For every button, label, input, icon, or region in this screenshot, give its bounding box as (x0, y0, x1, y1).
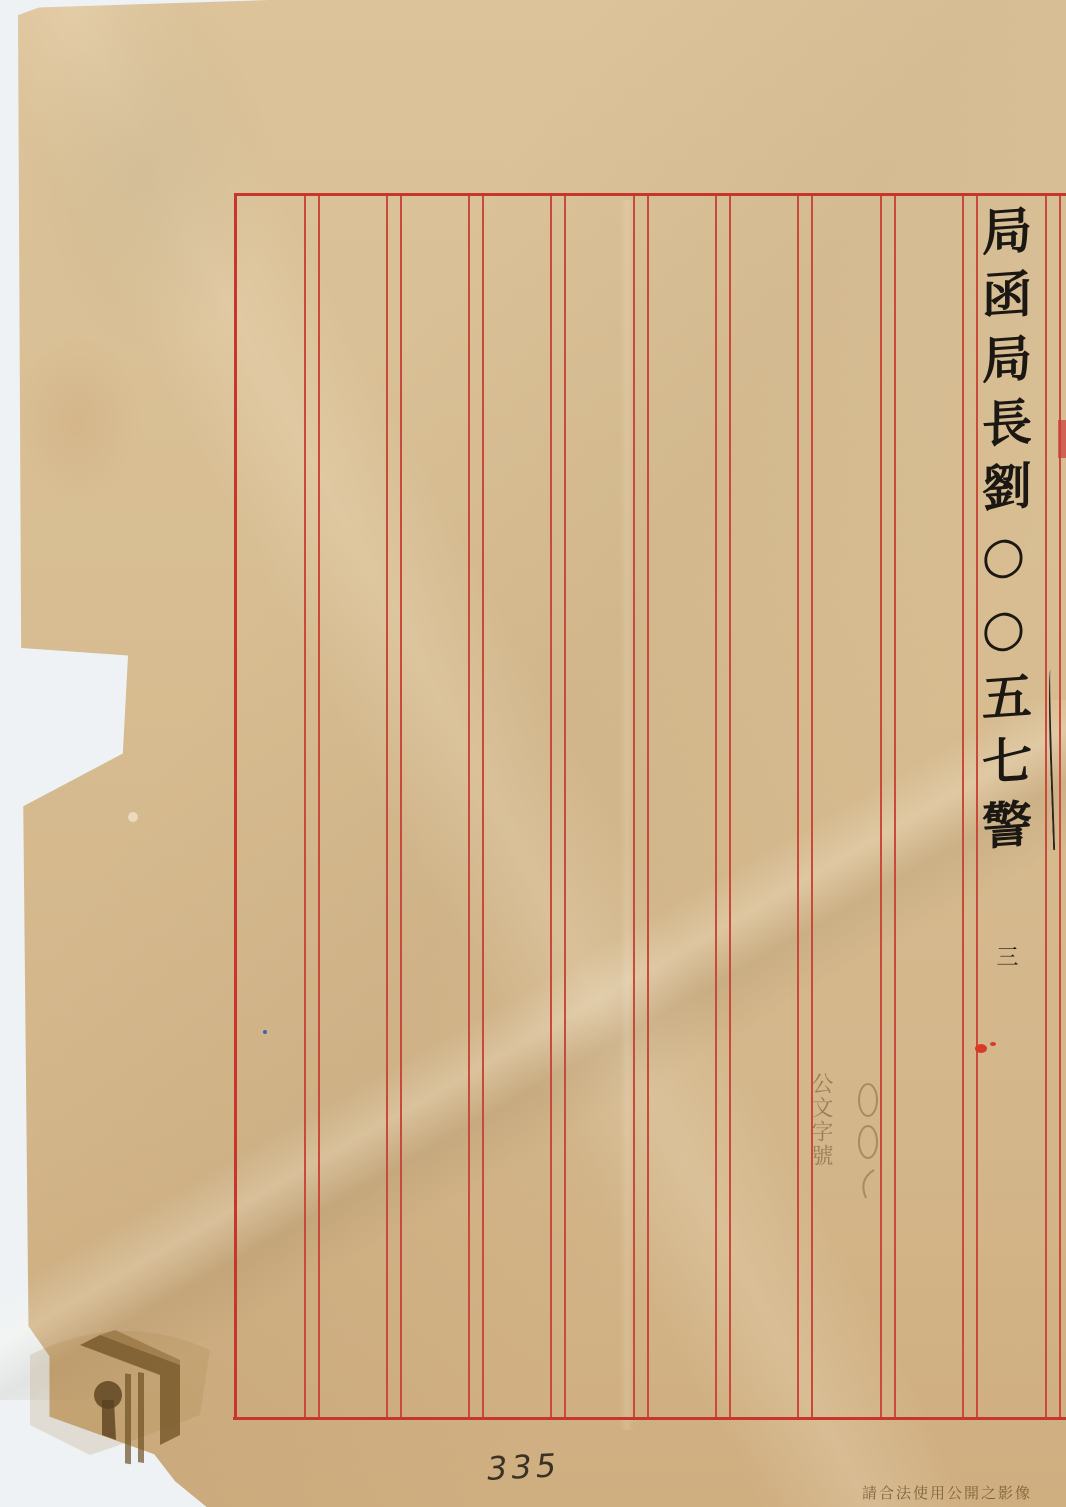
grid-column-line (894, 196, 896, 1417)
pencil-circle-marks (848, 1080, 888, 1200)
red-ink-spot (975, 1044, 987, 1053)
grid-column-line (715, 196, 717, 1417)
grid-bottom-border (233, 1417, 1066, 1420)
grid-column-line (797, 196, 799, 1417)
grid-column-line (1045, 196, 1047, 1417)
grid-column-line (633, 196, 635, 1417)
page-number: 335 (486, 1446, 561, 1488)
grid-column-line (468, 196, 470, 1417)
grid-column-line (304, 196, 306, 1417)
grid-column-line (1059, 196, 1061, 1417)
grid-column-line (400, 196, 402, 1417)
grid-column-line (647, 196, 649, 1417)
grid-column-line (811, 196, 813, 1417)
usage-watermark: 請合法使用公開之影像 (862, 1482, 1032, 1503)
grid-column-line (550, 196, 552, 1417)
archive-book-keyhole-logo (30, 1305, 210, 1475)
handwritten-suffix: 三 (990, 945, 1021, 967)
grid-column-line (880, 196, 882, 1417)
grid-column-line (729, 196, 731, 1417)
grid-column-line (564, 196, 566, 1417)
handwritten-document-reference: 局函局長劉○○五七警 (968, 203, 1038, 866)
grid-column-line (386, 196, 388, 1417)
grid-left-border (234, 193, 237, 1420)
red-seal-fragment (1058, 420, 1066, 458)
pin-mark (128, 812, 138, 822)
grid-column-line (482, 196, 484, 1417)
red-ink-spot-small (990, 1042, 996, 1046)
ruled-grid (0, 0, 1066, 1507)
pencil-annotation: 公文字號 (805, 1072, 835, 1168)
grid-top-border (236, 193, 1066, 196)
grid-column-line (318, 196, 320, 1417)
grid-column-line (962, 196, 964, 1417)
blue-ink-dot (263, 1030, 267, 1034)
